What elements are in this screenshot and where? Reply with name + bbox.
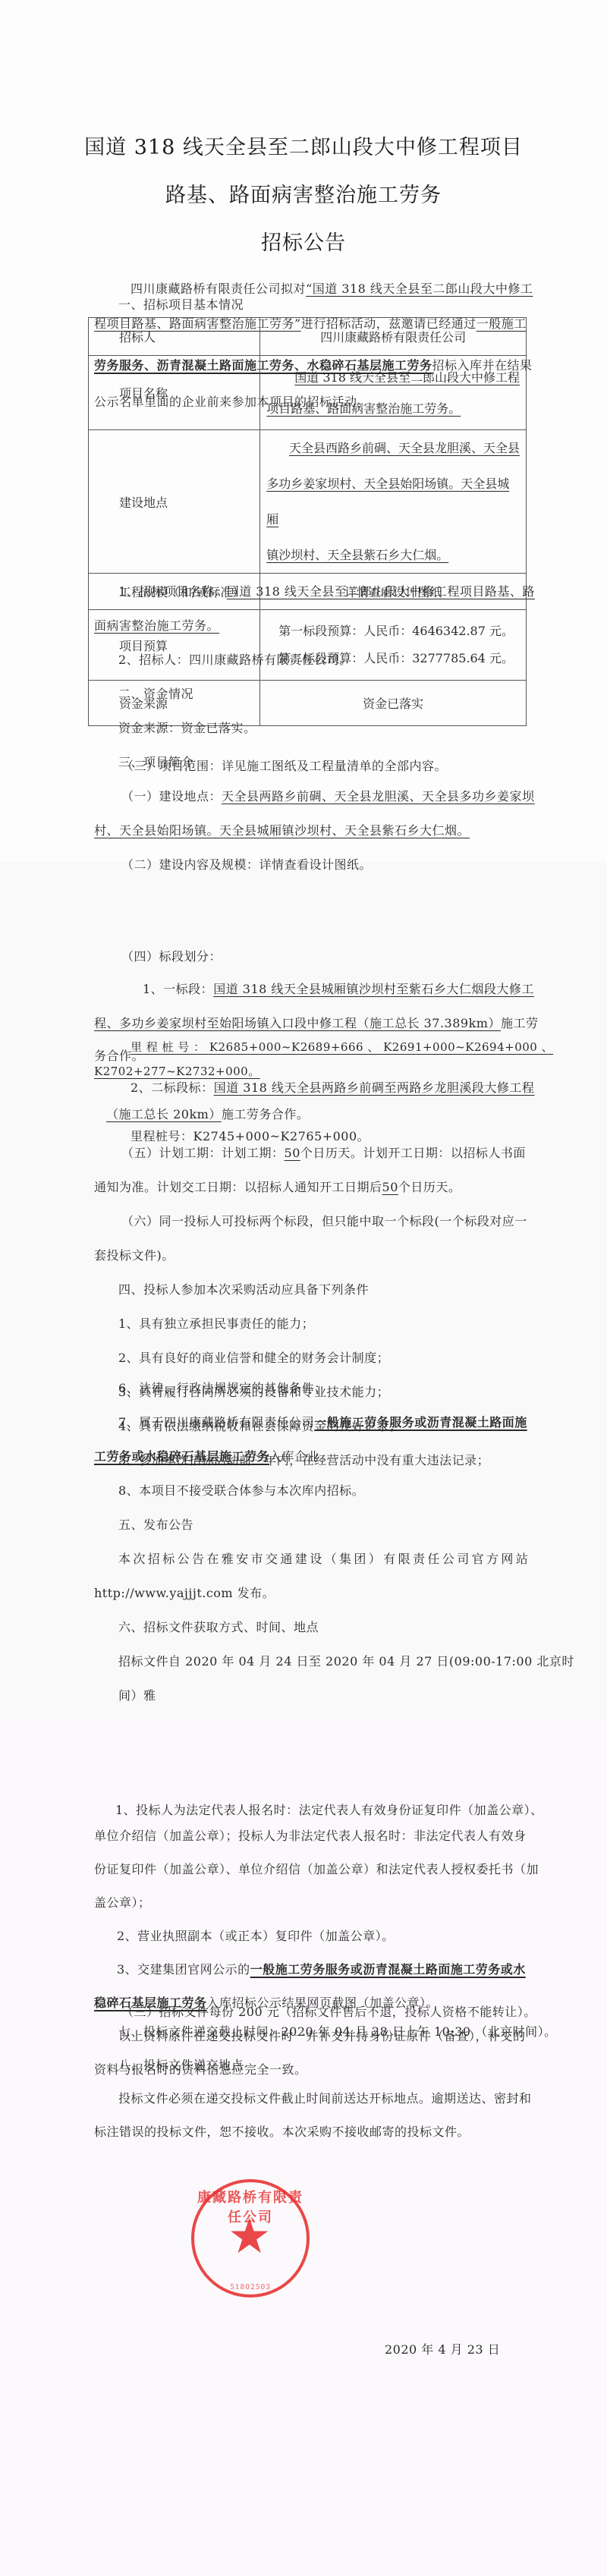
table-value: 第一标段预算：人民币：4646342.87 元。 第二标段预算：人民币：3277…	[260, 610, 527, 681]
condition-item: 1、具有独立承担民事责任的能力；	[118, 1316, 314, 1332]
bid-rule-line-1: （六）同一投标人可投标两个标段，但只能中取一个标段(一个标段对应一	[121, 1214, 527, 1229]
section7-text: 七、投标文件递交截止时间：2020 年 04 月 28 日上午 10:30 （北…	[118, 2024, 557, 2040]
lot2-line-1: 2、二标段标：国道 318 线天全县两路乡前碉至两路乡龙胆溪段大修工程	[131, 1080, 534, 1096]
table-row: 招标人 四川康藏路桥有限责任公司	[89, 318, 527, 356]
lot1-line-2: 程、多功乡姜家坝村至始阳场镇入口段中修工程（施工总长 37.389km）施工劳	[94, 1016, 538, 1031]
req-1-line-3: 份证复印件（加盖公章）、单位介绍信（加盖公章）和法定代表人授权委托书（加	[94, 1862, 539, 1877]
document-date: 2020 年 4 月 23 日	[385, 2342, 500, 2357]
lot1-chainage-line-1: 里 程 桩 号 ： K2685+000~K2689+666 、 K2691+00…	[131, 1040, 553, 1055]
schedule-line-2: 通知为准。计划交工日期：以招标人通知开工日期后50个日历天。	[94, 1180, 461, 1195]
req-1-line-4: 盖公章）；	[94, 1895, 151, 1911]
section8-text-1: 投标文件必须在递交投标文件截止时间前送达开标地点。逾期送达、密封和	[118, 2091, 532, 2106]
req-2: 2、营业执照副本（或正本）复印件（加盖公章）。	[117, 1929, 395, 1944]
condition-item-7-line-1: 7、属于四川康藏路桥有限责任公司一般施工劳务服务或沥青混凝土路面施	[118, 1415, 527, 1430]
website-link[interactable]: http://www.yajjjt.com 发布。	[94, 1586, 275, 1600]
req-1-line-2: 单位介绍信（加盖公章）；投标人为非法定代表人报名时：非法定代表人有效身	[94, 1829, 527, 1844]
table-key: 项目名称	[89, 356, 260, 430]
section1-item2: 2、招标人：四川康藏路桥有限责任公司。	[118, 653, 352, 668]
table-value: 资金已落实	[260, 681, 527, 726]
section1-item1-cont: 面病害整治施工劳务。	[94, 618, 219, 634]
table-row: 项目名称 国道 318 线天全县至二郎山段大中修工程 项目路基、路面病害整治施工…	[89, 356, 527, 430]
req-1-line-1: 1、投标人为法定代表人报名时：法定代表人有效身份证复印件（加盖公章）、	[115, 1803, 543, 1818]
section3-item1: （一）建设地点：天全县两路乡前碉、天全县龙胆溪、天全县多功乡姜家坝	[121, 789, 535, 804]
section6-text-2: 间）雅	[118, 1688, 156, 1703]
table-key: 建设地点	[89, 430, 260, 574]
section3-item2: （二）建设内容及规模：详情查看设计图纸。	[121, 857, 372, 873]
section2-text: 资金来源：资金已落实。	[118, 721, 256, 736]
section8-heading: 八、投标文件递交地点	[118, 2058, 244, 2073]
table-value: 天全县西路乡前碉、天全县龙胆溪、天全县 多功乡姜家坝村、天全县始阳场镇。天全县城…	[260, 430, 527, 574]
section5-text-1: 本次招标公告在雅安市交通建设（集团）有限责任公司官方网站	[118, 1552, 530, 1567]
intro-project-name: “国道 318 线天全县至二郎山段大中修工	[306, 282, 533, 296]
section8-text-2: 标注错误的投标文件，恕不接收。本次采购不接收邮寄的投标文件。	[94, 2125, 470, 2140]
section2-heading: 二、资金情况	[118, 687, 193, 702]
title-line-3: 招标公告	[0, 226, 607, 256]
condition-item-7-line-2: 工劳务或水稳碎石基层施工劳务入库企业。	[94, 1449, 332, 1464]
lot1-line-1: 1、一标段：国道 318 线天全县城厢镇沙坝村至紫石乡大仁烟段大修工	[143, 982, 534, 997]
table-row: 建设地点 天全县西路乡前碉、天全县龙胆溪、天全县 多功乡姜家坝村、天全县始阳场镇…	[89, 430, 527, 574]
section1-item1: 1、招标项目名称：国道 318 线天全县至二郎山段大中修工程项目路基、路	[118, 584, 535, 599]
intro-line-1: 四川康藏路桥有限责任公司拟对“国道 318 线天全县至二郎山段大中修工	[131, 282, 533, 297]
section3-item1-cont: 村、天全县始阳场镇。天全县城厢镇沙坝村、天全县紫石乡大仁烟。	[94, 823, 470, 838]
title-line-1: 国道 318 线天全县至二郎山段大中修工程项目	[0, 131, 607, 160]
condition-item-8: 8、本项目不接受联合体参与本次库内招标。	[118, 1483, 364, 1499]
document-page-3	[0, 1721, 607, 2576]
lot1-chainage-line-2: K2702+277~K2732+000。	[94, 1064, 260, 1079]
section6-heading: 六、招标文件获取方式、时间、地点	[118, 1620, 319, 1635]
star-icon: ★	[228, 2213, 271, 2261]
company-seal: 康藏路桥有限责任公司 ★ 51802503	[191, 2179, 310, 2298]
section3-item4-heading: （四）标段划分：	[121, 949, 222, 964]
section5-text-2: http://www.yajjjt.com 发布。	[94, 1586, 275, 1601]
section1-heading: 一、招标项目基本情况	[118, 297, 244, 313]
req-3-line-1: 3、交建集团官网公示的一般施工劳务服务或沥青混凝土路面施工劳务或水	[117, 1962, 526, 1977]
section5-heading: 五、发布公告	[118, 1518, 193, 1533]
table-value: 国道 318 线天全县至二郎山段大中修工程 项目路基、路面病害整治施工劳务。	[260, 356, 527, 430]
title-line-2: 路基、路面病害整治施工劳务	[0, 178, 607, 208]
bid-rule-line-2: 套投标文件)。	[94, 1248, 175, 1263]
schedule-line-1: （五）计划工期：计划工期：50个日历天。计划开工日期：以招标人书面	[121, 1146, 526, 1161]
fee-text: （三）招标文件每份 200 元（招标文件售后不退，投标人资格不能转让）。	[121, 2005, 536, 2020]
section4-heading: 四、投标人参加本次采购活动应具备下列条件	[118, 1282, 369, 1297]
lot2-chainage: 里程桩号：K2745+000~K2765+000。	[131, 1129, 370, 1144]
section6-text-1: 招标文件自 2020 年 04 月 24 日至 2020 年 04 月 27 日…	[118, 1654, 574, 1669]
table-value: 四川康藏路桥有限责任公司	[260, 318, 527, 356]
section3-item3: （三）项目范围：详见施工图纸及工程量清单的全部内容。	[121, 759, 447, 774]
condition-item: 2、具有良好的商业信誉和健全的财务会计制度；	[118, 1351, 389, 1366]
table-key: 招标人	[89, 318, 260, 356]
condition-item: 6、法律、行政法规规定的其他条件；	[118, 1381, 327, 1396]
lot2-line-2: （施工总长 20km）施工劳务合作。	[106, 1107, 309, 1122]
